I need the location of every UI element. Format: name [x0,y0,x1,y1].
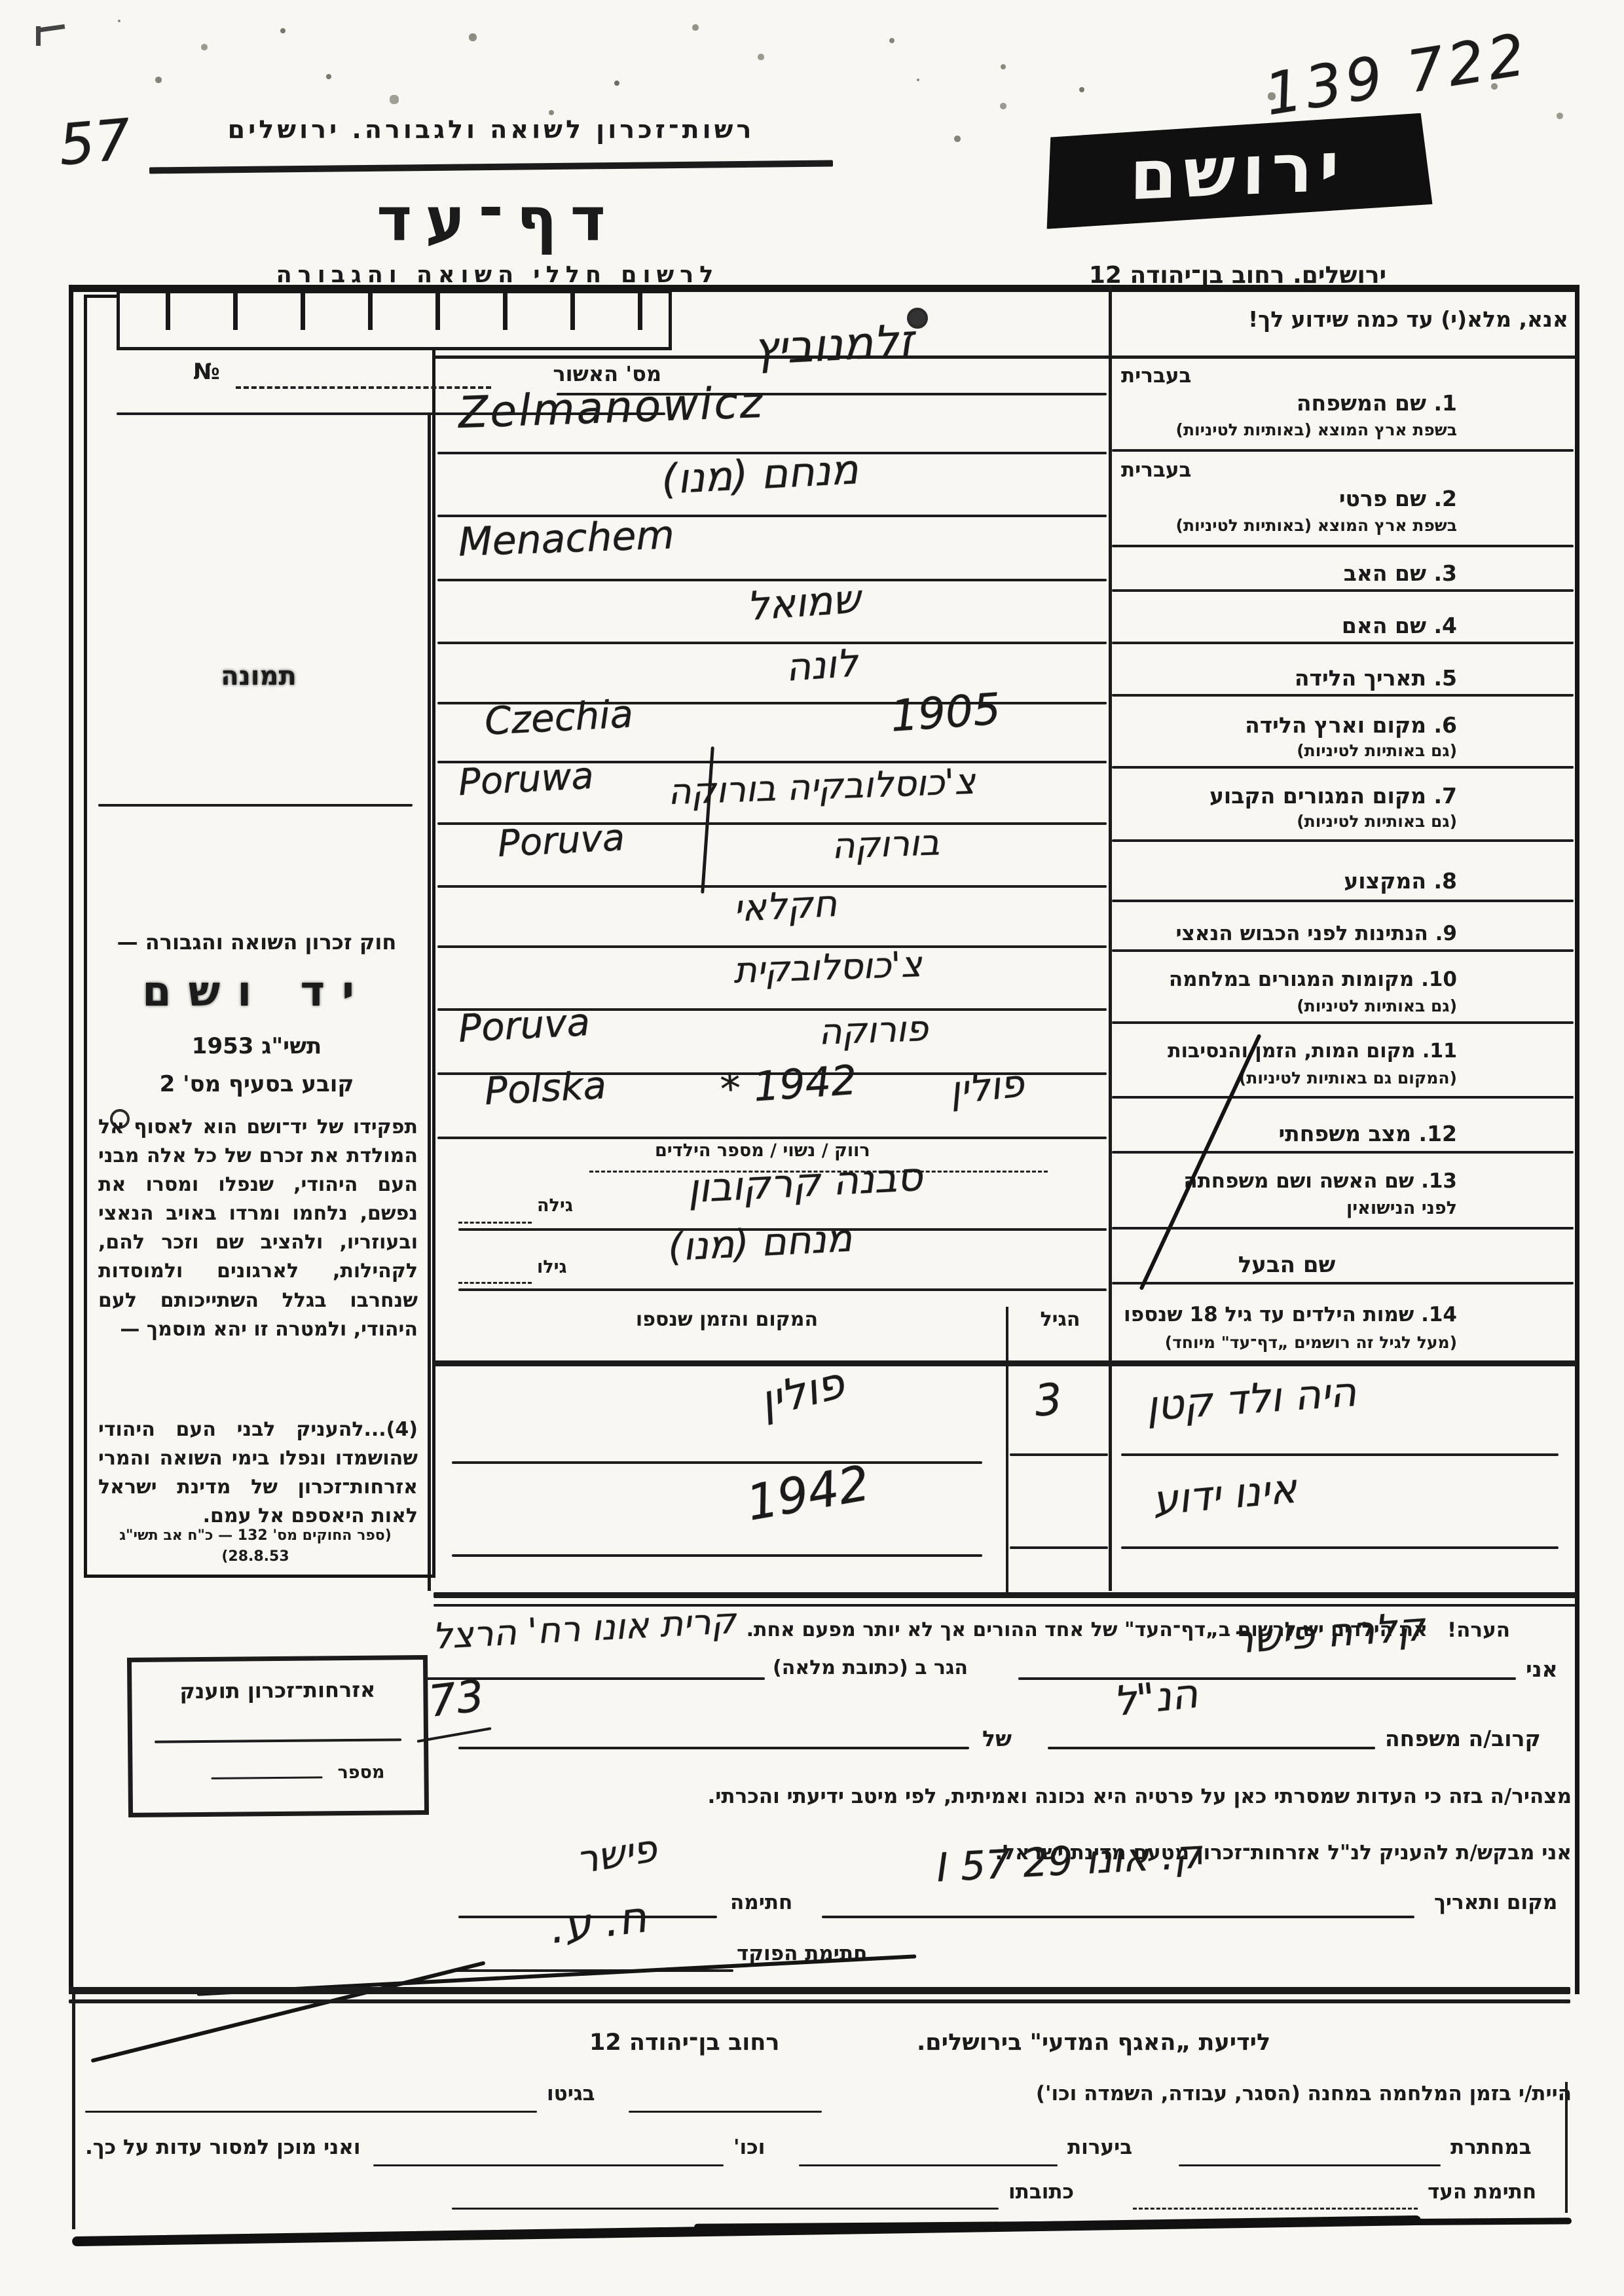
number-symbol: № [193,359,220,385]
birth-date-entry: 1905 [889,683,1003,742]
citizenship-entry: צ'כוסלובקית [733,943,923,991]
table-row-line [1010,1546,1108,1549]
authority-header: רשות־זכרון לשואה ולגבורה. ירושלים [151,115,832,144]
field14-label: 14. שמות הילדים עד גיל 18 שנספו [1116,1303,1457,1326]
form-title: דף־עד [347,185,648,255]
stamp-text: ירושם [1130,126,1346,216]
law-section-line: קובע בסעיף מס' 2 [97,1071,416,1097]
labels-column-divider [1109,285,1112,1591]
mother-name-entry: לונה [784,640,859,689]
form-subtitle: לרשום חללי השואה והגבורה [229,262,766,288]
declaration-statement: מצהיר/ה בזה כי העדות שמסרתי כאן על פרטיה… [458,1785,1572,1808]
write-line [437,945,1107,948]
law-clause: (4)...להעניק לבני העם היהודי שהושמדו ונפ… [98,1415,418,1531]
wife-age-line [458,1222,532,1224]
write-line [437,642,1107,644]
husband-name-label: שם הבעל [1116,1252,1457,1278]
etc-line [373,2164,724,2166]
camp-line [629,2111,822,2113]
labels-rule [1112,449,1574,452]
field11-label: 11. מקום המות, הזמן והנסיבות [1116,1040,1457,1063]
camp-question: היית/י בזמן המלחמה במחנה (הסגר, עבודה, ה… [832,2082,1572,2105]
underground-line [1179,2164,1441,2166]
yad-vashem-stamp: ירושם [1043,113,1433,229]
table-row-line [452,1554,982,1557]
office-box-number-label: מספר [337,1762,384,1783]
field6-sublabel: (גם באותיות לטיניות) [1116,741,1457,760]
file-number-handwritten: 722 139 [1260,20,1533,128]
field8-label: 8. המקצוע [1116,868,1457,894]
labels-rule [1112,1227,1574,1230]
corner-mark [36,26,41,46]
table-row-line [1121,1546,1559,1549]
scan-noise [118,20,120,22]
field7-label: 7. מקום המגורים הקבוע [1116,783,1457,809]
witness-signature-label: חתימת העד [1428,2180,1536,2204]
resides-label: הגר ב (כתובת מלאה) [773,1656,968,1679]
forests-label: ביערות [1067,2136,1132,2159]
surname-latin-entry: Zelmanowicz [458,377,766,438]
death-place-latin-entry: Polska [483,1063,607,1114]
field6-label: 6. מקום וארץ הלידה [1116,712,1457,738]
labels-rule [1112,1021,1574,1024]
ghetto-line [85,2111,537,2113]
witness-address-line [452,2208,999,2210]
table-place-header: המקום והזמן שנספו [524,1308,930,1331]
field7-sublabel: (גם באותיות לטיניות) [1116,812,1457,831]
husband-age-line [458,1282,532,1284]
field13-label: 13. שם האשה ושם משפחתה [1116,1169,1457,1193]
yad-vashem-title: יד ושם [97,968,416,1016]
firstname-latin-entry: Menachem [458,512,675,565]
underground-label: במחתרת [1450,2136,1532,2159]
box-bottom-rule [69,1987,1570,1994]
labels-rule [1112,900,1574,902]
intro-rule [434,355,1576,359]
child-row1-age: 3 [1033,1374,1065,1426]
table-column-divider [1006,1307,1008,1592]
labels-rule [1112,766,1574,769]
declarant-i-label: אני [1526,1656,1558,1682]
scientific-branch-notice: לידיעת „האגף המדעי" בירושלים. [917,2030,1270,2056]
field2-hebrew-tag: בעברית [1121,458,1265,482]
office-use-box: אזרחות־זכרון תוענק מספר [127,1655,429,1817]
left-margin-line [72,1987,75,2229]
table-top-rule [434,1360,1576,1366]
labels-rule [1112,545,1574,547]
labels-rule [1112,1282,1574,1285]
table-bottom-rule [434,1592,1576,1598]
table-row-line [1121,1453,1559,1456]
office-box-number-line [212,1776,323,1779]
page-number-handwritten: 57 [56,107,134,178]
address-number-handwritten: 73 [426,1670,487,1727]
father-name-entry: שמואל [745,576,862,630]
labels-rule [1112,1096,1574,1099]
field10-sublabel: (גם באותיות לטיניות) [1116,996,1457,1015]
field2-label: 2. שם פרטי [1116,486,1457,511]
table-row-line [452,1461,982,1464]
law-body: תפקידו של יד־ושם הוא לאסוף אל המולדת את … [98,1113,418,1344]
header-underline [149,160,833,174]
grid-ticks [120,293,642,330]
husband-age-label: גילו [537,1257,567,1277]
number-grid-strip [117,290,672,350]
labels-rule [1112,839,1574,842]
profession-entry: חקלאי [732,883,838,930]
table-age-header: הגיל [1012,1308,1109,1331]
surname-hebrew-entry: זלמנוביץ [752,316,915,376]
scientific-branch-address: רחוב בן־יהודה 12 [589,2030,779,2056]
place-date-label: מקום ותאריך [1434,1891,1557,1914]
field10-label: 10. מקומות המגורים במלחמה [1116,968,1457,991]
signature-label: חתימה [730,1891,792,1914]
relative-handwritten: הנ"ל [1111,1669,1200,1725]
field12-label: 12. מצב משפחתי [1116,1121,1457,1146]
ghetto-label: בגיטו [547,2082,595,2105]
field4-label: 4. שם האם [1116,613,1457,638]
photo-placeholder-label: תמונה [193,661,324,691]
labels-rule [1112,589,1574,592]
witness-address-label: כתובתו [1008,2180,1074,2204]
relative-line [1048,1747,1375,1749]
etc-label: וכו' [733,2136,765,2159]
residence-hebrew-entry: בורוקה [831,822,940,867]
write-line [437,579,1107,581]
field1-label: 1. שם המשפחה [1116,390,1457,416]
wife-age-label: גילה [537,1195,573,1216]
relative-label: קרוב/ה משפחה [1385,1726,1541,1751]
table-row-line [1010,1453,1108,1456]
field2-sublabel: בשפת ארץ המוצא (באותיות לטיניות) [1116,516,1457,535]
testify-statement: ואני מוכן למסור עדות על כך. [85,2136,361,2159]
labels-rule [1112,642,1574,644]
of-label: של [982,1726,1012,1751]
witness-signature-line [1133,2208,1418,2210]
field13-sublabel: לפני הנישואין [1116,1198,1457,1218]
place-date-line [822,1916,1414,1918]
scan-noise [917,79,919,81]
field1-sublabel: בשפת ארץ המוצא (באותיות לטיניות) [1116,420,1457,439]
labels-rule [1112,694,1574,697]
residence-latin-entry: Poruva [496,816,625,866]
field5-label: 5. תאריך הלידה [1116,665,1457,691]
birth-place-latin-entry: Poruwa [457,755,595,805]
fill-request: אנא, מלא(י) עד כמה שידוע לך! [1116,306,1568,332]
forests-line [799,2164,1058,2166]
field9-label: 9. הנתינות לפני הכבוש הנאצי [1116,922,1457,945]
labels-rule [1112,949,1574,952]
office-box-title: אזרחות־זכרון תוענק [132,1677,423,1704]
of-line [458,1747,969,1749]
death-year-entry: 1942 * [719,1056,858,1113]
office-box-line [155,1738,401,1743]
write-line [437,1137,1107,1139]
birth-country-latin-entry: Czechia [483,691,634,744]
box-bottom-rule2 [69,1999,1570,2003]
law-year: תשי"ג 1953 [97,1033,416,1059]
death-place-hebrew-entry: פולין [948,1061,1026,1113]
law-heading: חוק זכרון השואה והגבורה — [97,930,416,955]
write-line [458,1288,1107,1291]
field1-hebrew-tag: בעברית [1121,364,1265,388]
labels-rule [1112,1151,1574,1154]
field14-sublabel: (מעל לגיל זה רושמים „דף־עד" מיוחד) [1116,1333,1457,1352]
approval-number-line [236,386,491,389]
law-footnote: (ספר החוקים מס' 132 — כ"ח אב תשי"ג 28.8.… [95,1525,416,1567]
declarant-name-line [1018,1677,1516,1680]
war-residence-hebrew-entry: פורוקה [818,1008,929,1053]
war-residence-latin-entry: Poruva [457,1000,591,1051]
photo-bottom-rule [98,804,413,807]
field11-sublabel: (המקום גם באותיות לטיניות) [1116,1068,1457,1087]
note-title: הערה! [1447,1618,1510,1642]
field3-label: 3. שם האב [1116,560,1457,586]
daf-ed-scanned-form: 57 722 139 רשות־זכרון לשואה ולגבורה. ירו… [0,0,1624,2296]
